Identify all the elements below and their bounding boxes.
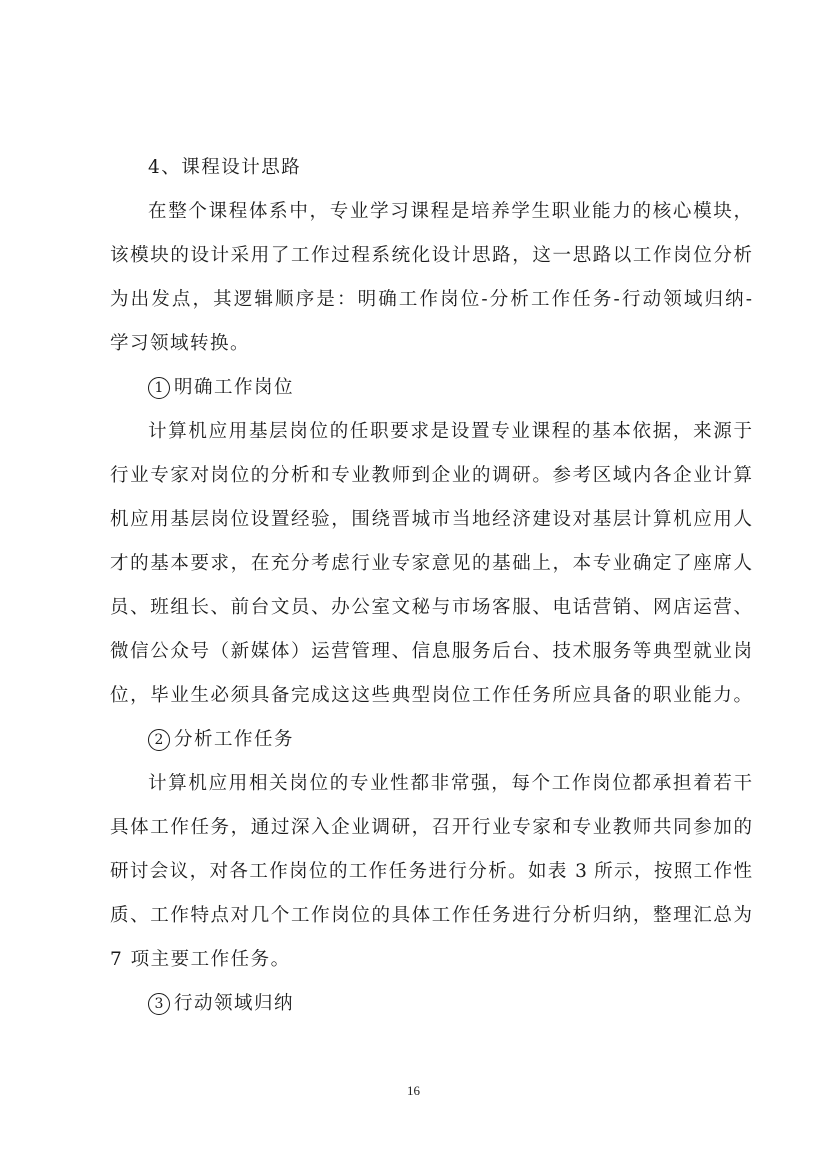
paragraph-line: 计算机应用基层岗位的任职要求是设置专业课程的基本依据，来源于 bbox=[148, 420, 752, 444]
paragraph-line: 机应用基层岗位设置经验，围绕晋城市当地经济建设对基层计算机应用人 bbox=[110, 508, 752, 532]
step-heading-3: 3行动领域归纳 bbox=[148, 992, 790, 1016]
paragraph-line: 为出发点，其逻辑顺序是：明确工作岗位-分析工作任务-行动领域归纳- bbox=[110, 288, 752, 312]
document-page: 4、课程设计思路 在整个课程体系中，专业学习课程是培养学生职业能力的核心模块， … bbox=[0, 0, 827, 1170]
paragraph-line: 学习领域转换。 bbox=[110, 332, 752, 356]
paragraph-line: 员、班组长、前台文员、办公室文秘与市场客服、电话营销、网店运营、 bbox=[110, 596, 752, 620]
step-title: 明确工作岗位 bbox=[174, 377, 294, 398]
circled-number: 1 bbox=[148, 377, 170, 399]
step-title: 行动领域归纳 bbox=[174, 993, 294, 1014]
step-title: 分析工作任务 bbox=[174, 729, 294, 750]
paragraph-line: 位，毕业生必须具备完成这这些典型岗位工作任务所应具备的职业能力。 bbox=[110, 684, 752, 708]
paragraph-line: 具体工作任务，通过深入企业调研，召开行业专家和专业教师共同参加的 bbox=[110, 816, 752, 840]
step-heading-1: 1明确工作岗位 bbox=[148, 376, 790, 400]
paragraph-line: 质、工作特点对几个工作岗位的具体工作任务进行分析归纳，整理汇总为 bbox=[110, 904, 752, 928]
paragraph-line: 该模块的设计采用了工作过程系统化设计思路，这一思路以工作岗位分析 bbox=[110, 244, 752, 268]
circled-number: 3 bbox=[148, 993, 170, 1015]
paragraph-line: 行业专家对岗位的分析和专业教师到企业的调研。参考区域内各企业计算 bbox=[110, 464, 752, 488]
page-number: 16 bbox=[0, 1083, 827, 1099]
paragraph-line: 在整个课程体系中，专业学习课程是培养学生职业能力的核心模块， bbox=[148, 200, 752, 224]
section-title: 4、课程设计思路 bbox=[148, 156, 790, 180]
paragraph-line: 计算机应用相关岗位的专业性都非常强，每个工作岗位都承担着若干 bbox=[148, 772, 752, 796]
circled-number: 2 bbox=[148, 729, 170, 751]
paragraph-line: 7 项主要工作任务。 bbox=[110, 948, 752, 972]
paragraph-line: 微信公众号（新媒体）运营管理、信息服务后台、技术服务等典型就业岗 bbox=[110, 640, 752, 664]
paragraph-line: 研讨会议，对各工作岗位的工作任务进行分析。如表 3 所示，按照工作性 bbox=[110, 860, 752, 884]
step-heading-2: 2分析工作任务 bbox=[148, 728, 790, 752]
paragraph-line: 才的基本要求，在充分考虑行业专家意见的基础上，本专业确定了座席人 bbox=[110, 552, 752, 576]
